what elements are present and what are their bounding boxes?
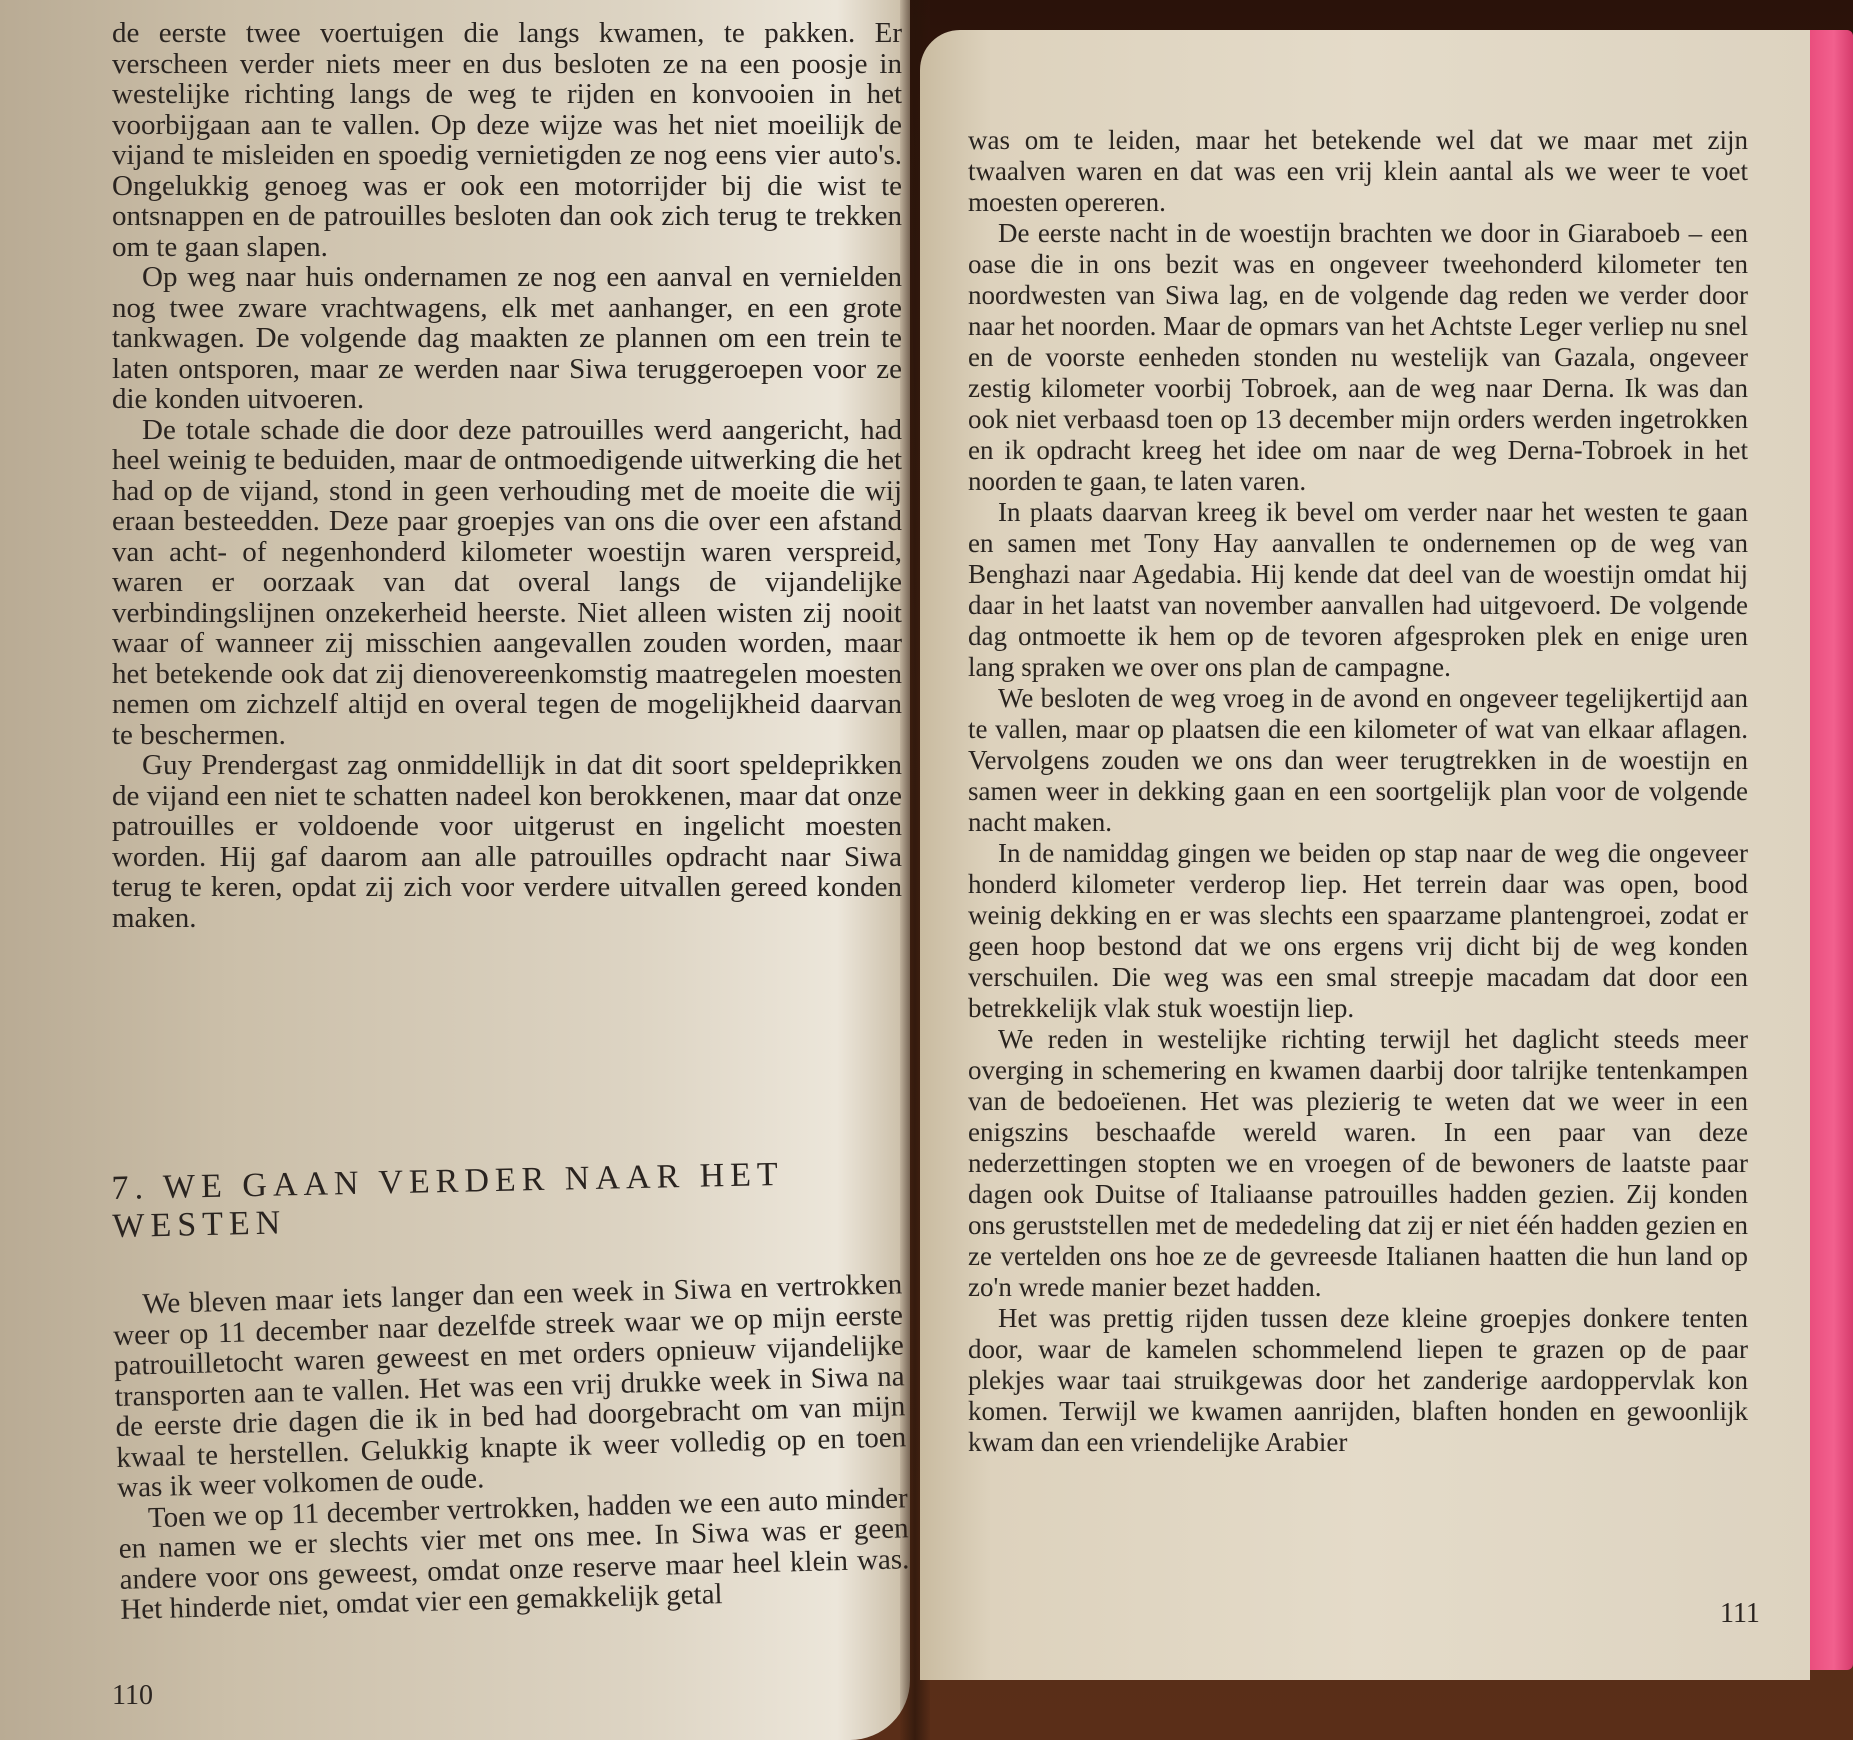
page-number: 111 [1720,1598,1760,1630]
paragraph: In plaats daarvan kreeg ik bevel om verd… [968,497,1748,683]
chapter-body: We bleven maar iets langer dan een week … [112,1269,911,1625]
paragraph: Guy Prendergast zag onmiddellijk in dat … [112,750,902,933]
paragraph: de eerste twee voertuigen die langs kwam… [112,18,902,262]
paragraph: Het was prettig rijden tussen deze klein… [968,1303,1748,1458]
paragraph: was om te leiden, maar het betekende wel… [968,125,1748,218]
right-page: was om te leiden, maar het betekende wel… [920,30,1810,1680]
paragraph: In de namiddag gingen we beiden op stap … [968,838,1748,1024]
book-page-edge [1805,30,1853,1670]
right-page-body: was om te leiden, maar het betekende wel… [968,125,1748,1458]
paragraph: Toen we op 11 december vertrokken, hadde… [118,1483,911,1626]
paragraph: We besloten de weg vroeg in de avond en … [968,683,1748,838]
paragraph: We reden in westelijke richting terwijl … [968,1024,1748,1303]
chapter-title: 7. WE GAAN VERDER NAAR HET WESTEN [111,1153,912,1246]
paragraph: De eerste nacht in de woestijn brachten … [968,218,1748,497]
left-page: de eerste twee voertuigen die langs kwam… [0,0,910,1740]
paragraph: Op weg naar huis ondernamen ze nog een a… [112,262,902,415]
paragraph: We bleven maar iets langer dan een week … [112,1269,907,1503]
paragraph: De totale schade die door deze patrouill… [112,415,902,751]
page-number: 110 [112,1680,153,1712]
left-page-body: de eerste twee voertuigen die langs kwam… [112,18,902,933]
